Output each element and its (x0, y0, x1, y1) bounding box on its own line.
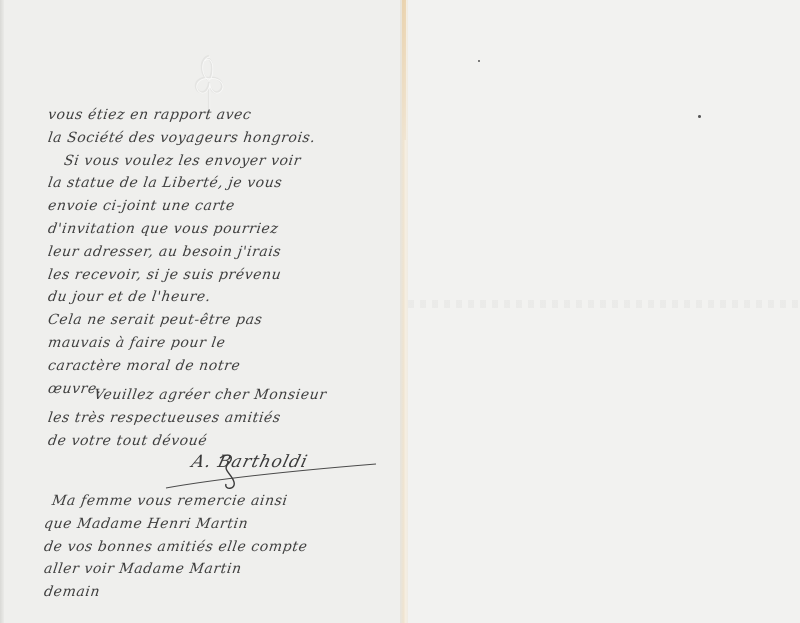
body-line: les recevoir, si je suis prévenu (46, 264, 399, 287)
paper-speck (698, 115, 701, 118)
letter-spread: vous étiez en rapport avec la Société de… (0, 0, 800, 623)
closing-line: Veuillez agréer cher Monsieur (46, 384, 399, 407)
postscript-line: Ma femme vous remercie ainsi (42, 490, 400, 513)
postscript-line: demain (42, 581, 400, 604)
signature: A. Bartholdi (162, 448, 382, 492)
body-line: d'invitation que vous pourriez (46, 218, 399, 241)
body-line: du jour et de l'heure. (46, 286, 399, 309)
body-line: caractère moral de notre (46, 355, 399, 378)
paper-speck (478, 60, 480, 62)
body-line: Si vous voulez les envoyer voir (46, 150, 399, 173)
body-line: leur adresser, au besoin j'irais (46, 241, 399, 264)
postscript: Ma femme vous remercie ainsi que Madame … (44, 490, 399, 604)
body-line: la Société des voyageurs hongrois. (46, 127, 399, 150)
right-page (408, 0, 800, 623)
body-line: Cela ne serait peut-être pas (46, 309, 399, 332)
body-line: vous étiez en rapport avec (46, 104, 399, 127)
fold-discoloration (402, 0, 406, 140)
postscript-line: de vos bonnes amitiés elle compte (42, 536, 400, 559)
letter-body: vous étiez en rapport avec la Société de… (48, 104, 398, 400)
closing-line: les très respectueuses amitiés (46, 407, 399, 430)
letter-closing: Veuillez agréer cher Monsieur les très r… (48, 384, 398, 452)
signature-text: A. Bartholdi (190, 452, 311, 472)
left-page: vous étiez en rapport avec la Société de… (4, 0, 402, 623)
body-line: envoie ci-joint une carte (46, 195, 399, 218)
postscript-line: que Madame Henri Martin (42, 513, 400, 536)
body-line: la statue de la Liberté, je vous (46, 172, 399, 195)
postscript-line: aller voir Madame Martin (42, 558, 400, 581)
show-through-text (408, 300, 800, 308)
body-line: mauvais à faire pour le (46, 332, 399, 355)
